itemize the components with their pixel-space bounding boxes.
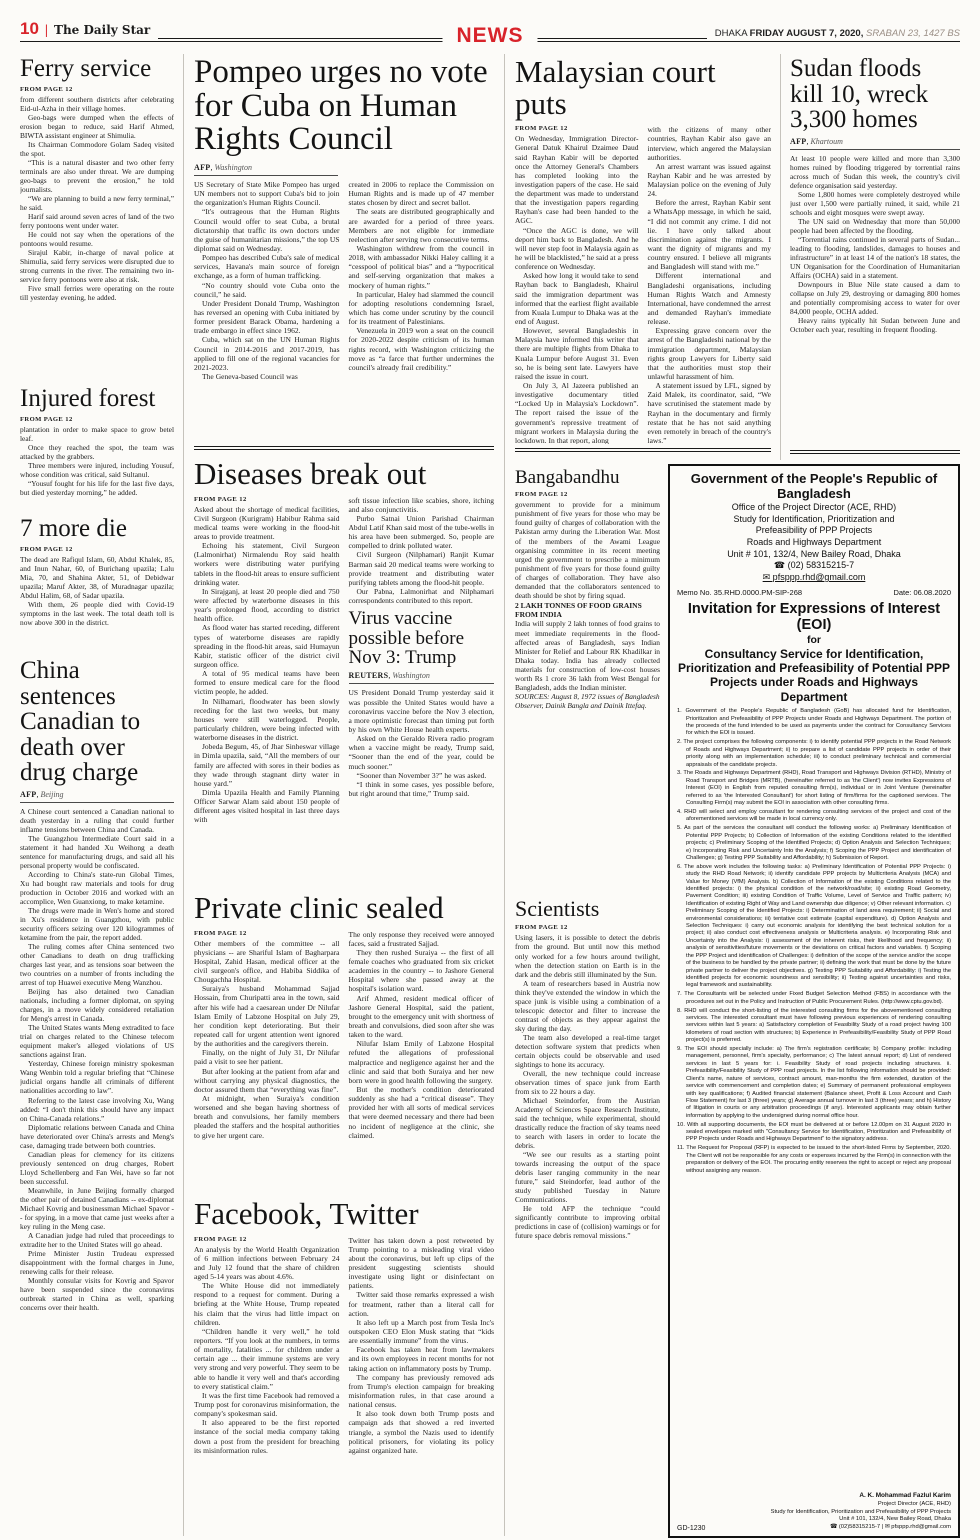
article-title: Facebook, Twitter — [194, 1198, 494, 1230]
article-col-2: created in 2006 to replace the Commissio… — [349, 180, 495, 381]
paragraph: Twitter has taken down a post retweeted … — [349, 1236, 495, 1291]
paragraph: Unit # 101, 132/4, New Bailey Road, Dhak… — [677, 549, 951, 561]
continuation-kicker: FROM PAGE 12 — [20, 86, 174, 93]
paragraph: plantation in order to make space to gro… — [20, 425, 174, 443]
article-col-1: FROM PAGE 12 On Wednesday, Immigration D… — [515, 125, 639, 444]
paragraph: Prefeasibility of PPP Projects — [677, 525, 951, 537]
article-body: US President Donald Trump yesterday said… — [349, 688, 495, 798]
page-number: 10 — [20, 19, 39, 39]
paragraph: However, several Bangladeshis in Malaysi… — [515, 326, 639, 381]
paragraph: Its Chairman Commodore Golam Sadeq visit… — [20, 140, 174, 158]
byline-agency: AFP — [790, 137, 806, 146]
article-bangabandhu: Bangabandhu FROM PAGE 12 government to p… — [515, 464, 660, 894]
notice-gd-number: GD-1230 — [677, 1525, 705, 1532]
article-title: Ferry service — [20, 56, 174, 82]
paragraph: A Canadian judge had ruled that proceedi… — [20, 1231, 174, 1249]
paragraph: ☎ (02) 58315215-7 — [677, 560, 951, 572]
header-separator: | — [45, 23, 48, 39]
article-private-clinic: Private clinic sealed FROM PAGE 12 Other… — [194, 890, 494, 1196]
article-title: Malaysian court puts — [515, 56, 771, 119]
paragraph: Finally, on the night of July 31, Dr Nil… — [194, 1048, 340, 1066]
paragraph: Monthly consular visits for Kovrig and S… — [20, 1276, 174, 1312]
paragraph: A team of researchers based in Austria n… — [515, 979, 660, 1033]
article-sudan-floods: Sudan floods kill 10, wreck 3,300 homes … — [780, 54, 960, 460]
paragraph: Office of the Project Director (ACE, RHD… — [677, 502, 951, 514]
byline: AFP, Beijing — [20, 790, 174, 803]
paragraph: Facebook has taken heat from lawmakers a… — [349, 1345, 495, 1372]
paragraph: Asked how long it would take to send Ray… — [515, 271, 639, 326]
right-top-row: Malaysian court puts FROM PAGE 12 On Wed… — [515, 54, 960, 460]
article-title: 7 more die — [20, 516, 174, 542]
byline-place: Washington — [214, 163, 252, 172]
article-body: Other members of the committee -- all ph… — [194, 939, 340, 1140]
paragraph: The seats are distributed geographically… — [349, 207, 495, 244]
notice-email-link[interactable]: ✉ pfsppp.rhd@gmail.com — [677, 572, 951, 584]
page-header: 10 | The Daily Star NEWS DHAKA FRIDAY AU… — [20, 10, 960, 48]
section-rule — [515, 448, 771, 452]
paragraph: from different southern districts after … — [20, 95, 174, 113]
article-col-1: FROM PAGE 12 Asked about the shortage of… — [194, 496, 340, 825]
byline-place: Washington — [392, 671, 430, 680]
paragraph: 4. RHD will select and employ consultant… — [677, 809, 951, 824]
article-body: plantation in order to make space to gro… — [20, 425, 174, 497]
paragraph: It also appeared to be the first reporte… — [194, 1418, 340, 1455]
paragraph: Our Pabna, Lalmonirhat and Nilphamari co… — [349, 587, 495, 605]
paragraph: Beijing has also detained two Canadian n… — [20, 987, 174, 1023]
continuation-kicker: FROM PAGE 12 — [515, 125, 639, 132]
paragraph: India will supply 2 lakh tonnes of food … — [515, 619, 660, 691]
header-left: 10 | The Daily Star — [20, 19, 158, 39]
paragraph: Three members were injured, including Yo… — [20, 461, 174, 479]
eoi-notice-box: Government of the People's Republic of B… — [668, 464, 960, 1538]
paragraph: “I think in some cases, yes possible bef… — [349, 780, 495, 798]
byline-place: Beijing — [40, 790, 63, 799]
article-body: soft tissue infection like scabies, shor… — [349, 496, 495, 606]
paragraph: “Sooner than November 3?” he was asked. — [349, 771, 495, 780]
article-pompeo: Pompeo urges no vote for Cuba on Human R… — [194, 54, 494, 442]
paragraph: On July 3, Al Jazeera published an inves… — [515, 381, 639, 444]
paragraph: The team also developed a real-time targ… — [515, 1033, 660, 1069]
continuation-kicker: FROM PAGE 12 — [515, 491, 660, 498]
paragraph: Study for Identification, Prioritization… — [677, 514, 951, 526]
dateline-bangla: SRABAN 23, 1427 BS — [866, 28, 960, 39]
paragraph: Five small ferries were operating on the… — [20, 284, 174, 302]
notice-memo-row: Memo No. 35.RHD.0000.PM-SIP-268 Date: 06… — [677, 588, 951, 597]
section-rule — [790, 450, 960, 454]
section-title: NEWS — [443, 24, 538, 48]
article-col-2: Twitter has taken down a post retweeted … — [349, 1236, 495, 1455]
paragraph: They then rushed Suraiya -- the first of… — [349, 948, 495, 994]
notice-address-lines: Office of the Project Director (ACE, RHD… — [677, 502, 951, 572]
right-bottom-row: Bangabandhu FROM PAGE 12 government to p… — [515, 464, 960, 1540]
paragraph: Once they reached the spot, the team was… — [20, 443, 174, 461]
article-body: At least 10 people were killed and more … — [790, 154, 960, 335]
paragraph: The dead are Rafiqul Islam, 60, Abdul Kh… — [20, 555, 174, 600]
paragraph: Pompeo has described Cuba's sale of medi… — [194, 253, 340, 280]
paragraph: ☎ (02)58315215-7 | ✉ pfsppp.rhd@gmail.co… — [771, 1524, 951, 1532]
paragraph: “Once the AGC is done, we will deport hi… — [515, 226, 639, 272]
article-columns: FROM PAGE 12 An analysis by the World He… — [194, 1236, 494, 1455]
notice-title-for: for — [677, 634, 951, 647]
notice-footer: GD-1230 A. K. Mohammad Fazlul KarimProje… — [677, 1492, 951, 1532]
article-body: An analysis by the World Health Organiza… — [194, 1245, 340, 1455]
paragraph: With them, 26 people died with Covid-19 … — [20, 600, 174, 627]
notice-date: Date: 06.08.2020 — [893, 588, 951, 597]
paragraph: The ruling comes after China sentenced t… — [20, 942, 174, 987]
paragraph: Overall, the new technique could increas… — [515, 1069, 660, 1096]
article-sources: SOURCES: August 8, 1972 issues of Bangla… — [515, 692, 660, 710]
paragraph: 1. Government of the People's Republic o… — [677, 708, 951, 738]
paragraph: “Children handle it very well,” he told … — [194, 1327, 340, 1391]
paragraph: In Sirajganj, at least 20 people died an… — [194, 587, 340, 624]
article-col-1: US Secretary of State Mike Pompeo has ur… — [194, 180, 340, 381]
masthead-logo: The Daily Star — [54, 23, 150, 37]
dateline-date: FRIDAY AUGUST 7, 2020, — [750, 28, 864, 39]
continuation-kicker: FROM PAGE 12 — [194, 1236, 340, 1243]
article-malaysian-court: Malaysian court puts FROM PAGE 12 On Wed… — [515, 54, 780, 460]
article-body-2: India will supply 2 lakh tonnes of food … — [515, 619, 660, 691]
article-body: Using lasers, it is possible to detect t… — [515, 933, 660, 1240]
paragraph: He told AFP the technique “could signifi… — [515, 1204, 660, 1240]
dateline: DHAKA FRIDAY AUGUST 7, 2020, SRABAN 23, … — [707, 28, 960, 39]
article-columns: FROM PAGE 12 Other members of the commit… — [194, 930, 494, 1140]
notice-government-title: Government of the People's Republic of B… — [677, 472, 951, 502]
paragraph: Nilufar Islam Emily of Labzone Hospital … — [349, 1039, 495, 1085]
paragraph: Downpours in Blue Nile state caused a da… — [790, 280, 960, 316]
paragraph: Purbo Satnai Union Parishad Chairman Abd… — [349, 514, 495, 551]
paragraph: Dimla Upazila Health and Family Planning… — [194, 788, 340, 825]
paragraph: In particular, Haley had slammed the cou… — [349, 290, 495, 327]
article-diseases: Diseases break out FROM PAGE 12 Asked ab… — [194, 456, 494, 890]
paragraph: In Nilhamari, floodwater has been slowly… — [194, 697, 340, 743]
byline-agency: AFP — [20, 790, 36, 799]
paragraph: 8. RHD will conduct the short-listing of… — [677, 1008, 951, 1045]
paragraph: Jobeda Begum, 45, of Jhar Sinheswar vill… — [194, 742, 340, 788]
paragraph: As flood water has started receding, dif… — [194, 623, 340, 669]
paragraph: Heavy rains typically hit Sudan between … — [790, 316, 960, 334]
page-content: Ferry service FROM PAGE 12 from differen… — [20, 54, 960, 1536]
article-title: Injured forest — [20, 386, 174, 412]
notice-column: Government of the People's Republic of B… — [668, 464, 960, 1540]
article-subhead: 2 LAKH TONNES OF FOOD GRAINS FROM INDIA — [515, 601, 660, 620]
article-columns: FROM PAGE 12 Asked about the shortage of… — [194, 496, 494, 825]
paragraph: Under President Donald Trump, Washington… — [194, 299, 340, 336]
paragraph: A Chinese court sentenced a Canadian nat… — [20, 807, 174, 834]
notice-title-service: Consultancy Service for Identification, … — [677, 647, 951, 705]
notice-memo-number: Memo No. 35.RHD.0000.PM-SIP-268 — [677, 588, 802, 597]
article-facebook-twitter: Facebook, Twitter FROM PAGE 12 An analys… — [194, 1196, 494, 1532]
article-col-1: FROM PAGE 12 An analysis by the World He… — [194, 1236, 340, 1455]
paragraph: Different international and Bangladeshi … — [648, 271, 772, 326]
paragraph: Michael Steindorfer, from the Austrian A… — [515, 1096, 660, 1150]
column-left: Ferry service FROM PAGE 12 from differen… — [20, 54, 183, 1536]
paragraph: The United States wants Meng extradited … — [20, 1023, 174, 1059]
paragraph: Study for Identification, Prioritization… — [771, 1509, 951, 1517]
paragraph: Project Director (ACE, RHD) — [771, 1501, 951, 1509]
byline: AFP, Khartoum — [790, 137, 960, 150]
paragraph: The only response they received were ann… — [349, 930, 495, 948]
paragraph: It was the first time Facebook had remov… — [194, 1391, 340, 1418]
paragraph: “Yousuf fought for his life for the last… — [20, 479, 174, 497]
paragraph: An analysis by the World Health Organiza… — [194, 1245, 340, 1282]
article-body: On Wednesday, Immigration Director-Gener… — [515, 134, 639, 444]
paragraph: 5. As part of the services the consultan… — [677, 825, 951, 862]
paragraph: Expressing grave concern over the arrest… — [648, 326, 772, 381]
paragraph: Washington withdrew from the council in … — [349, 244, 495, 290]
paragraph: At least 10 people were killed and more … — [790, 154, 960, 190]
paragraph: Other members of the committee -- all ph… — [194, 939, 340, 985]
paragraph: The UN said on Wednesday that more than … — [790, 217, 960, 235]
article-title: Virus vaccine possible before Nov 3: Tru… — [349, 609, 495, 667]
paragraph: The White House did not immediately resp… — [194, 1281, 340, 1327]
paragraph: An arrest warrant was issued against Ray… — [648, 162, 772, 199]
paragraph: “It's outrageous that the Human Rights C… — [194, 207, 340, 253]
paragraph: Geo-bags were dumped when the effects of… — [20, 113, 174, 140]
paragraph: On Wednesday, Immigration Director-Gener… — [515, 134, 639, 225]
article-col-2: The only response they received were ann… — [349, 930, 495, 1140]
paragraph: Some 1,800 homes were completely destroy… — [790, 190, 960, 217]
article-title: Scientists — [515, 898, 660, 920]
article-col-2: soft tissue infection like scabies, shor… — [349, 496, 495, 825]
article-7-more-die: 7 more die FROM PAGE 12 The dead are Raf… — [20, 514, 174, 656]
paragraph: Diplomatic relations between Canada and … — [20, 1123, 174, 1150]
paragraph: A total of 95 medical teams have been fo… — [194, 669, 340, 696]
article-title: China sentences Canadian to death over d… — [20, 658, 174, 786]
article-columns: FROM PAGE 12 On Wednesday, Immigration D… — [515, 125, 771, 444]
column-middle: Pompeo urges no vote for Cuba on Human R… — [183, 54, 505, 1536]
paragraph: At midnight, when Suraiya's condition wo… — [194, 1094, 340, 1140]
paragraph: Canadian pleas for clemency for its citi… — [20, 1150, 174, 1186]
paragraph: Arif Ahmed, resident medical officer of … — [349, 994, 495, 1040]
paragraph: Sirajul Kabir, in-charge of naval police… — [20, 248, 174, 284]
article-body: government to provide for a minimum puni… — [515, 500, 660, 599]
paragraph: Asked on the Geraldo Rivera radio progra… — [349, 734, 495, 771]
article-title: Sudan floods kill 10, wreck 3,300 homes — [790, 56, 960, 133]
paragraph: Cuba, which sat on the UN Human Rights C… — [194, 335, 340, 372]
paragraph: “Torrential rains continued in several p… — [790, 235, 960, 280]
paragraph: “We are planning to build a new ferry te… — [20, 194, 174, 212]
paragraph: 6. The above work includes the following… — [677, 864, 951, 990]
paragraph: 3. The Roads and Highways Department (RH… — [677, 770, 951, 807]
paragraph: US Secretary of State Mike Pompeo has ur… — [194, 180, 340, 207]
article-title: Private clinic sealed — [194, 892, 494, 924]
paragraph: “No country should vote Cuba onto the co… — [194, 281, 340, 299]
paragraph: soft tissue infection like scabies, shor… — [349, 496, 495, 514]
paragraph: The drugs were made in Wen's home and st… — [20, 906, 174, 942]
paragraph: Harif said around seven acres of land of… — [20, 212, 174, 230]
paragraph: 7. The Consultants will be selected unde… — [677, 991, 951, 1006]
paragraph: Referring to the latest case involving X… — [20, 1096, 174, 1123]
paragraph: Yesterday, Chinese foreign ministry spok… — [20, 1059, 174, 1095]
paragraph: 11. The Request for Proposal (RFP) is ex… — [677, 1145, 951, 1175]
article-col-2: with the citizens of many other countrie… — [648, 125, 772, 444]
paragraph: But after looking at the patient from af… — [194, 1067, 340, 1094]
article-columns: US Secretary of State Mike Pompeo has ur… — [194, 180, 494, 381]
article-body: Asked about the shortage of medical faci… — [194, 505, 340, 825]
dateline-city: DHAKA — [715, 28, 747, 39]
paragraph: Roads and Highways Department — [677, 537, 951, 549]
continuation-kicker: FROM PAGE 12 — [20, 546, 174, 553]
paragraph: with the citizens of many other countrie… — [648, 125, 772, 162]
continuation-kicker: FROM PAGE 12 — [194, 930, 340, 937]
paragraph: Twitter said those remarks expressed a w… — [349, 1290, 495, 1317]
paragraph: The Geneva-based Council was — [194, 372, 340, 381]
paragraph: A. K. Mohammad Fazlul Karim — [771, 1492, 951, 1501]
paragraph: It also took down both Trump posts and c… — [349, 1409, 495, 1455]
continuation-kicker: FROM PAGE 12 — [194, 496, 340, 503]
paragraph: According to China's state-run Global Ti… — [20, 870, 174, 906]
paragraph: Echoing his statement, Civil Surgeon (La… — [194, 541, 340, 587]
article-scientists: Scientists FROM PAGE 12 Using lasers, it… — [515, 894, 660, 1540]
paragraph: “We see our results as a starting point … — [515, 1150, 660, 1204]
paragraph: Using lasers, it is possible to detect t… — [515, 933, 660, 978]
notice-signature-block: A. K. Mohammad Fazlul KarimProject Direc… — [771, 1492, 951, 1532]
article-injured-forest: Injured forest FROM PAGE 12 plantation i… — [20, 384, 174, 514]
paragraph: Suraiya's husband Mohammad Sajjad Hossai… — [194, 984, 340, 1048]
notice-title-eoi: Invitation for Expressions of Interest (… — [677, 601, 951, 634]
paragraph: Asked about the shortage of medical faci… — [194, 505, 340, 542]
article-title: Bangabandhu — [515, 468, 660, 487]
article-body: from different southern districts after … — [20, 95, 174, 303]
byline-agency: AFP — [194, 163, 210, 172]
byline-place: Khartoum — [810, 137, 842, 146]
article-col-1: FROM PAGE 12 Other members of the commit… — [194, 930, 340, 1140]
paragraph: “This is a natural disaster and two othe… — [20, 158, 174, 194]
byline: REUTERS, Washington — [349, 671, 495, 684]
paragraph: The company has previously removed ads f… — [349, 1373, 495, 1410]
paragraph: government to provide for a minimum puni… — [515, 500, 660, 599]
article-title: Diseases break out — [194, 458, 494, 490]
paragraph: 2. The project comprises the following c… — [677, 739, 951, 769]
article-ferry-service: Ferry service FROM PAGE 12 from differen… — [20, 54, 174, 384]
paragraph: US President Donald Trump yesterday said… — [349, 688, 495, 734]
narrow-column: Bangabandhu FROM PAGE 12 government to p… — [515, 464, 668, 1540]
continuation-kicker: FROM PAGE 12 — [20, 416, 174, 423]
paragraph: A statement issued by LFL, signed by Zai… — [648, 381, 772, 444]
paragraph: Meanwhile, in June Beijing formally char… — [20, 1186, 174, 1231]
newspaper-page: 10 | The Daily Star NEWS DHAKA FRIDAY AU… — [0, 0, 980, 1540]
continuation-kicker: FROM PAGE 12 — [515, 924, 660, 931]
paragraph: created in 2006 to replace the Commissio… — [349, 180, 495, 207]
paragraph: 9. The EOI should specially include: a) … — [677, 1046, 951, 1120]
article-china-sentences: China sentences Canadian to death over d… — [20, 656, 174, 1531]
section-rule — [194, 446, 494, 450]
paragraph: It also left up a March post from Tesla … — [349, 1318, 495, 1345]
article-title: Pompeo urges no vote for Cuba on Human R… — [194, 56, 494, 157]
paragraph: Prime Minister Justin Trudeau expressed … — [20, 1249, 174, 1276]
paragraph: He could not say when the operations of … — [20, 230, 174, 248]
article-vaccine: Virus vaccine possible before Nov 3: Tru… — [349, 609, 495, 798]
article-body: The dead are Rafiqul Islam, 60, Abdul Kh… — [20, 555, 174, 627]
paragraph: The Guangzhou Intermediate Court said in… — [20, 834, 174, 870]
paragraph: Venezuela in 2019 won a seat on the coun… — [349, 326, 495, 372]
column-right: Malaysian court puts FROM PAGE 12 On Wed… — [505, 54, 960, 1536]
paragraph: Civil Surgeon (Nilphamari) Ranjit Kumar … — [349, 550, 495, 587]
byline-agency: REUTERS — [349, 671, 389, 680]
article-body: A Chinese court sentenced a Canadian nat… — [20, 807, 174, 1313]
paragraph: But the mother's condition deteriorated … — [349, 1085, 495, 1140]
notice-items: 1. Government of the People's Republic o… — [677, 708, 951, 1490]
byline: AFP, Washington — [194, 163, 338, 176]
paragraph: 10. With all supporting documents, the E… — [677, 1122, 951, 1144]
paragraph: Before the arrest, Rayhan Kabir sent a W… — [648, 198, 772, 271]
